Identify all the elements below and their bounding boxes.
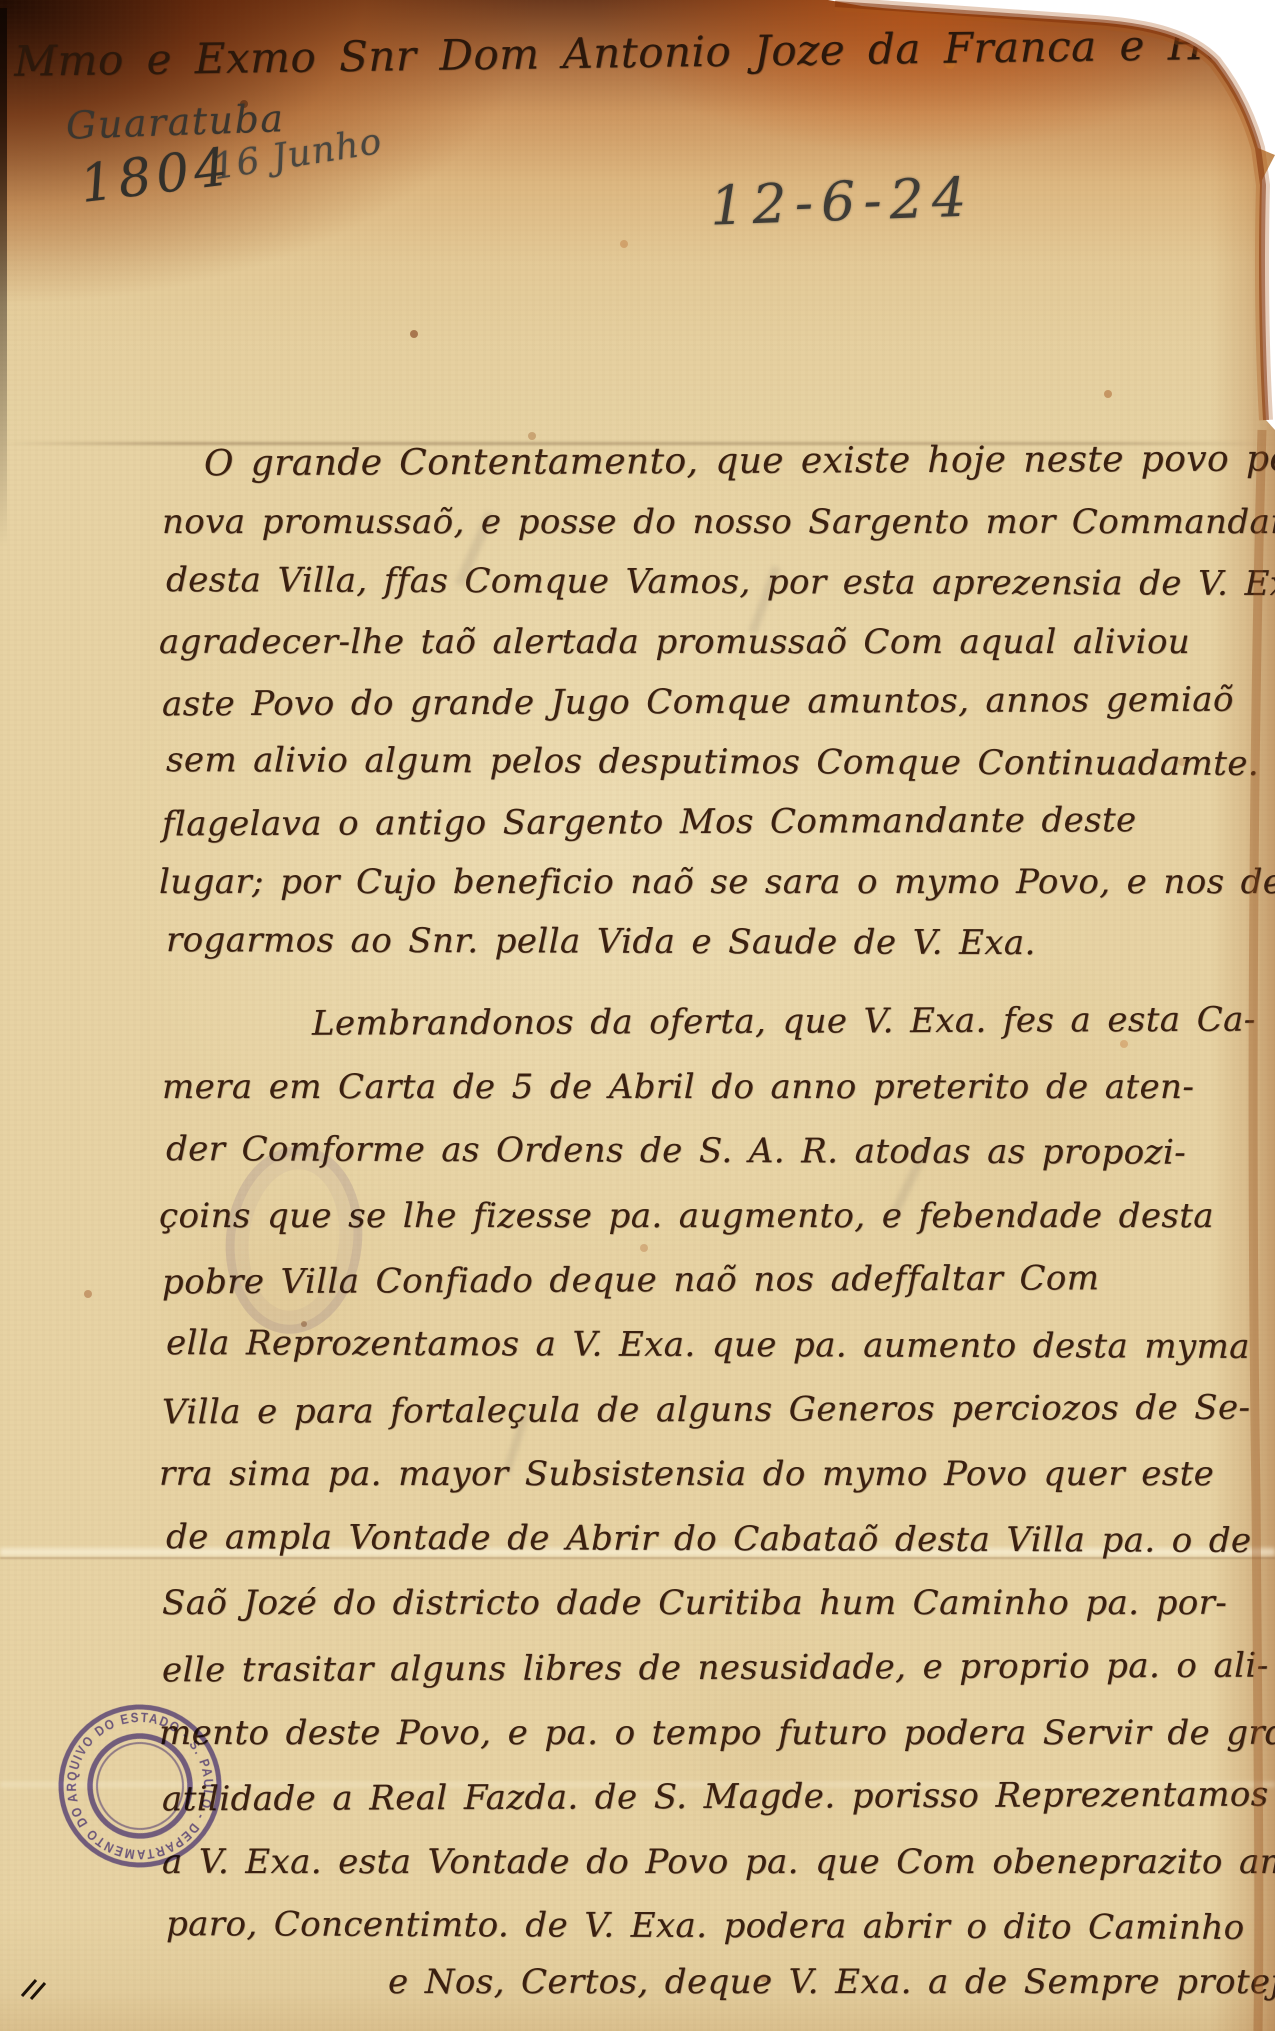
manuscript-line: a V. Exa. esta Vontade do Povo pa. que C…: [162, 1830, 1252, 1895]
manuscript-line: nova promussaõ, e posse do nosso Sargent…: [162, 492, 1252, 552]
manuscript-line: rogarmos ao Snr. pella Vida e Saude de V…: [166, 910, 1256, 974]
manuscript-line: lugar; por Cujo beneficio naõ se sara o …: [159, 852, 1249, 912]
manuscript-line: flagelava o antigo Sargento Mos Commanda…: [162, 790, 1252, 855]
manuscript-line: Villa e para fortaleçula de alguns Gener…: [162, 1375, 1252, 1444]
manuscript-line: de ampla Vontade de Abrir do Cabataõ des…: [166, 1505, 1256, 1573]
manuscript-line: mento deste Povo, e pa. o tempo futuro p…: [159, 1701, 1249, 1766]
manuscript-line: rra sima pa. mayor Subsistensia do mymo …: [159, 1442, 1249, 1507]
manuscript-line: mera em Carta de 5 de Abril do anno pret…: [162, 1055, 1252, 1120]
archival-number-annotation: 12-6-24: [709, 165, 975, 237]
paragraph-1: O grande Contentamento, que existe hoje …: [162, 432, 1252, 972]
stamp-ring-text: ARQUIVO DO ESTADO - S. PAULO - DEPARTAME…: [48, 1694, 233, 1879]
manuscript-line: agradecer-lhe taõ alertada promussaõ Com…: [159, 612, 1249, 672]
manuscript-line: O grande Contentamento, que existe hoje …: [162, 430, 1252, 495]
manuscript-line: sem alivio algum pelos desputimos Comque…: [166, 730, 1256, 794]
ink-speckles: [0, 0, 4, 4]
manuscript-line: atilidade a Real Fazda. de S. Magde. por…: [162, 1763, 1252, 1832]
manuscript-line: aste Povo do grande Jugo Comque amuntos,…: [162, 670, 1252, 735]
scanned-manuscript-page: { "page": { "title": "Handwritten letter…: [0, 0, 1275, 2031]
paragraph-2: Lembrandonos da oferta, que V. Exa. fes …: [162, 990, 1252, 1959]
manuscript-line: desta Villa, ffas Comque Vamos, por esta…: [166, 550, 1256, 614]
manuscript-line: Lembrandonos da oferta, que V. Exa. fes …: [162, 988, 1252, 1057]
manuscript-line: paro, Concentimto. de V. Exa. podera abr…: [166, 1892, 1256, 1960]
manuscript-line: Saõ Jozé do districto dade Curitiba hum …: [162, 1571, 1252, 1636]
closing-line: e Nos, Certos, deque V. Exa. a de Sempre…: [388, 1962, 1275, 2002]
manuscript-line: elle trasitar alguns libres de nesusidad…: [162, 1634, 1252, 1703]
manuscript-line: ella Reprozentamos a V. Exa. que pa. aum…: [166, 1311, 1256, 1379]
